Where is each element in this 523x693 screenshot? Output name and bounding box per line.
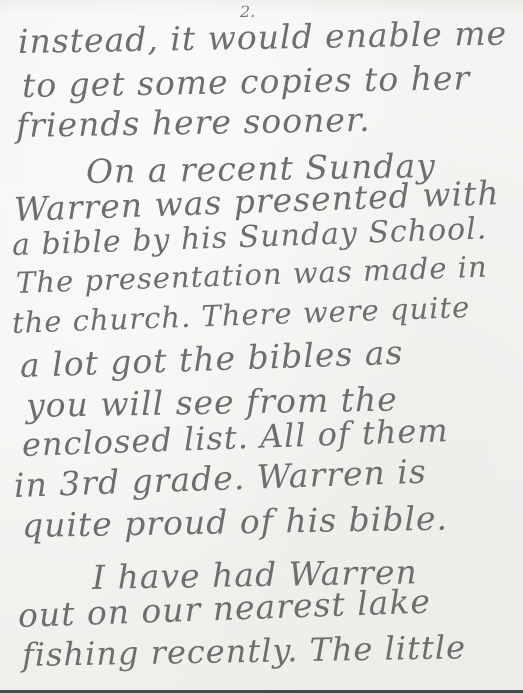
letter-page: 2. instead, it would enable me to get so…: [0, 0, 523, 693]
letter-line: out on our nearest lake: [17, 582, 431, 635]
letter-line: instead, it would enable me: [18, 13, 508, 61]
letter-line: fishing recently. The little: [22, 628, 467, 674]
letter-line: friends here sooner.: [16, 100, 371, 145]
letter-line: quite proud of his bible.: [22, 499, 449, 545]
letter-line: to get some copies to her: [22, 58, 471, 105]
letter-line: a lot got the bibles as: [19, 333, 404, 385]
